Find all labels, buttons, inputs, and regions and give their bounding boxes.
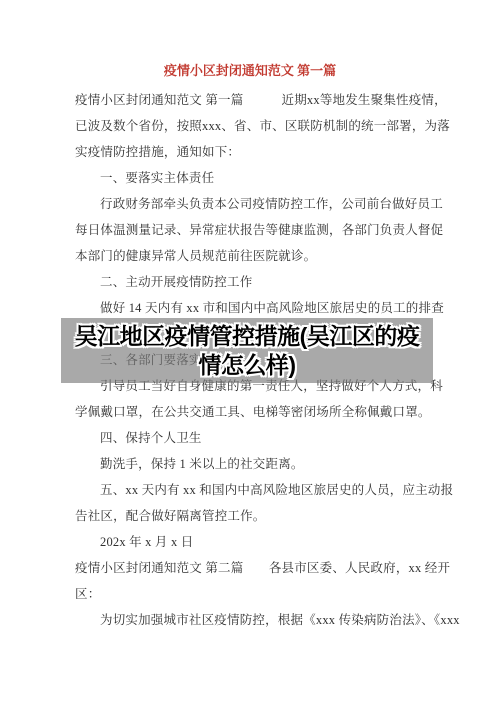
- doc-line: 为切实加强城市社区疫情防控，根据《xxx 传染病防治法》、《xxx: [75, 607, 430, 633]
- doc-line: 二、主动开展疫情防控工作: [75, 269, 430, 295]
- doc-line: 勤洗手，保持 1 米以上的社交距离。: [75, 451, 430, 477]
- watermark-banner[interactable]: 吴江地区疫情管控措施(吴江区的疫 情怎么样): [61, 318, 433, 383]
- doc-line: 四、保持个人卫生: [75, 425, 430, 451]
- doc-line: 学佩戴口罩，在公共交通工具、电梯等密闭场所全称佩戴口罩。: [75, 399, 430, 425]
- doc-line: 行政财务部牵头负责本公司疫情防控工作，公司前台做好员工: [75, 191, 430, 217]
- doc-line: 本部门的健康异常人员规范前往医院就诊。: [75, 243, 430, 269]
- doc-line: 疫情小区封闭通知范文 第二篇 各县市区委、人民政府，xx 经开: [75, 555, 430, 581]
- page-title: 疫情小区封闭通知范文 第一篇: [0, 0, 500, 81]
- doc-line: 五、xx 天内有 xx 和国内中高风险地区旅居史的人员，应主动报: [75, 477, 430, 503]
- doc-line: 疫情小区封闭通知范文 第一篇 近期xx等地发生聚集性疫情，: [75, 87, 430, 113]
- doc-line: 告社区，配合做好隔离管控工作。: [75, 503, 430, 529]
- doc-line: 已波及数个省份，按照xxx、省、市、区联防机制的统一部署，为落: [75, 113, 430, 139]
- doc-line: 实疫情防控措施，通知如下：: [75, 139, 430, 165]
- banner-line-2: 情怎么样): [61, 351, 433, 380]
- document-page: 疫情小区封闭通知范文 第一篇 疫情小区封闭通知范文 第一篇 近期xx等地发生聚集…: [0, 0, 500, 706]
- banner-line-1: 吴江地区疫情管控措施(吴江区的疫: [61, 322, 433, 351]
- doc-line: 区：: [75, 581, 430, 607]
- doc-line: 每日体温测量记录、异常症状报告等健康监测，各部门负责人督促: [75, 217, 430, 243]
- doc-line: 202x 年 x 月 x 日: [75, 529, 430, 555]
- doc-line: 一、要落实主体责任: [75, 165, 430, 191]
